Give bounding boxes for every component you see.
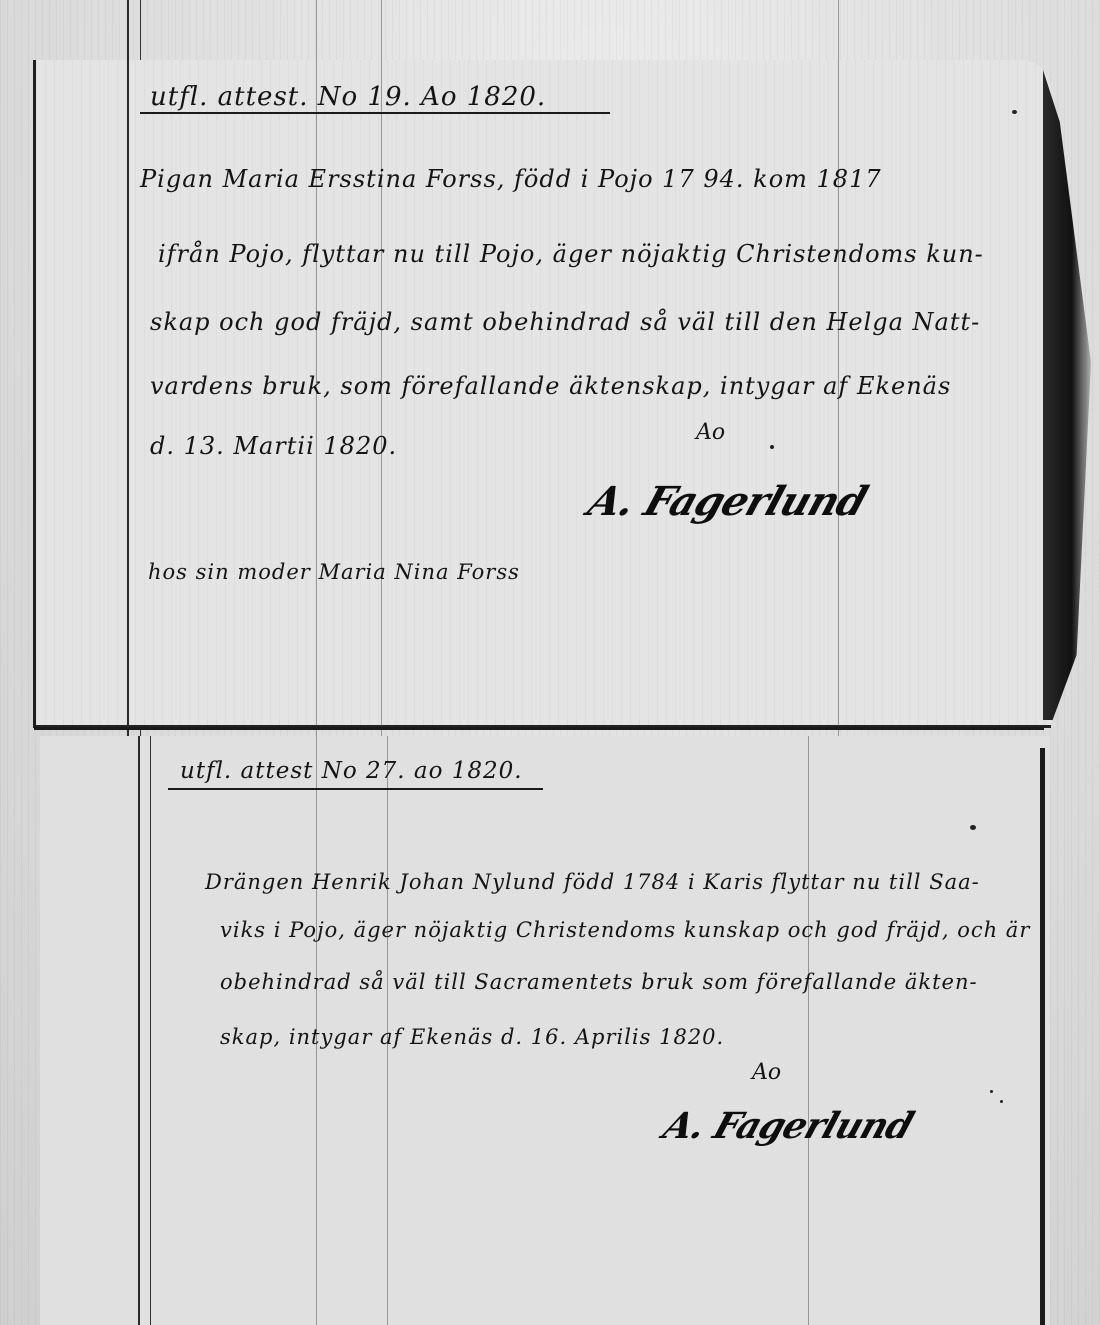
ink-speck [1012,110,1017,114]
scanned-parish-record: utfl. attest. No 19. Ao 1820. Pigan Mari… [0,0,1100,1325]
heading-underline [140,112,610,114]
entry-line: skap och god fräjd, samt obehindrad så v… [150,308,980,336]
ink-speck [1000,1100,1003,1103]
entry-line: skap, intygar af Ekenäs d. 16. Aprilis 1… [220,1025,724,1049]
entry-line: ifrån Pojo, flyttar nu till Pojo, äger n… [158,240,984,268]
ink-speck [770,445,774,449]
left-margin-rule [127,60,129,730]
entry-line: d. 13. Martii 1820. [150,432,397,460]
entry-line: Drängen Henrik Johan Nylund född 1784 i … [205,870,980,894]
signature-paraph: Ao [752,1060,781,1085]
entry-heading: utfl. attest. No 19. Ao 1820. [150,82,546,112]
signature: A. Fagerlund [658,1105,918,1147]
left-margin-rule-inner [150,736,151,1325]
left-margin-rule [138,736,140,1325]
entry-note: hos sin moder Maria Nina Forss [148,560,520,584]
heading-underline [168,788,543,790]
entry-line: viks i Pojo, äger nöjaktig Christendoms … [220,918,1030,942]
entry-line: vardens bruk, som förefallande äktenskap… [150,372,951,400]
signature: A. Fagerlund [582,478,872,525]
ink-speck [990,1090,993,1093]
ink-speck [970,825,976,830]
slip-edge-right [1040,748,1045,1325]
entry-heading: utfl. attest No 27. ao 1820. [180,758,523,784]
entry-line: Pigan Maria Ersstina Forss, född i Pojo … [140,165,882,193]
entry-line: obehindrad så väl till Sacramentets bruk… [220,970,978,994]
slip-edge [34,727,1044,730]
column-rule [808,736,809,1325]
signature-paraph: Ao [696,420,725,445]
